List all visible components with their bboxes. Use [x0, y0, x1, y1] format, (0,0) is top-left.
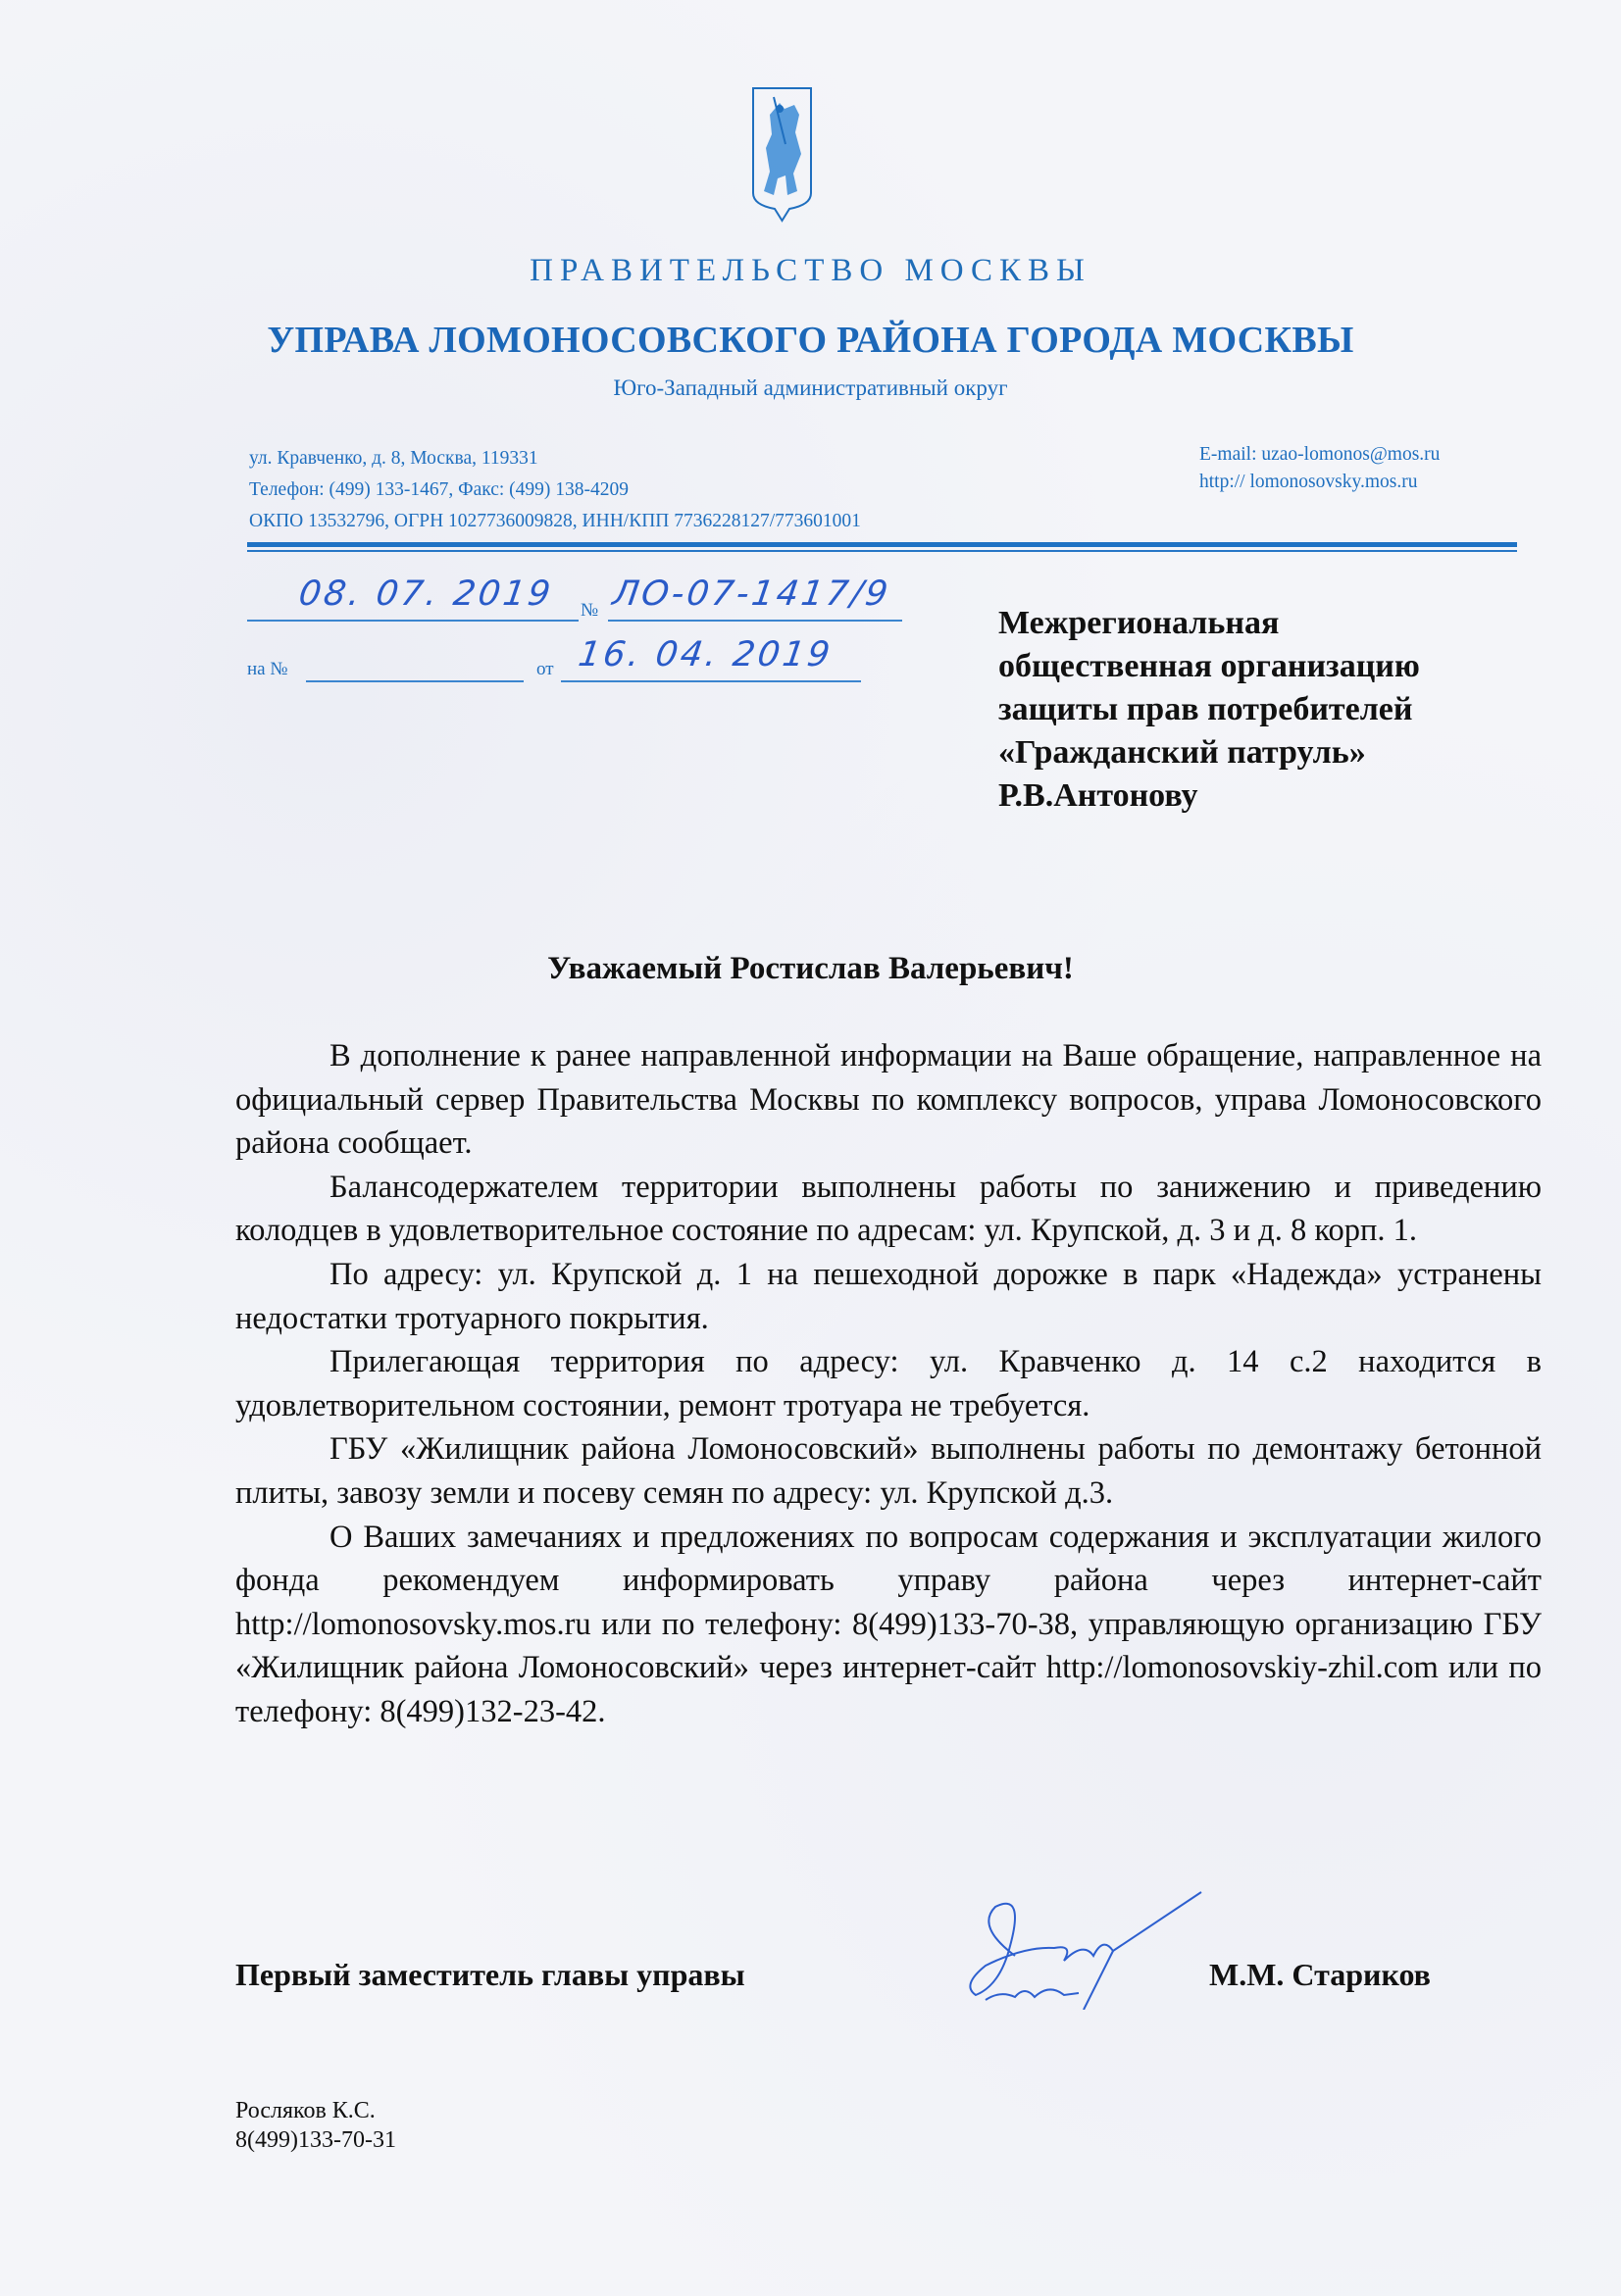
- executor-name: Росляков К.С.: [235, 2096, 396, 2125]
- body-paragraph: Балансодержателем территории выполнены р…: [235, 1166, 1542, 1253]
- letter-body: В дополнение к ранее направленной информ…: [235, 1034, 1542, 1734]
- body-paragraph: В дополнение к ранее направленной информ…: [235, 1034, 1542, 1166]
- org-email[interactable]: E-mail: uzao-lomonos@mos.ru: [1199, 441, 1440, 469]
- reply-to-underline: [306, 680, 524, 682]
- from-underline: [561, 680, 861, 682]
- letter-page: ПРАВИТЕЛЬСТВО МОСКВЫ УПРАВА ЛОМОНОСОВСКО…: [0, 0, 1621, 2296]
- recipient-block: Межрегиональная общественная организацию…: [998, 602, 1420, 818]
- outgoing-number: ЛО-07-1417/9: [610, 574, 892, 614]
- letterhead-divider: [247, 542, 1517, 547]
- incoming-date: 16. 04. 2019: [576, 635, 835, 674]
- signatory-name: М.М. Стариков: [1209, 1957, 1431, 1993]
- district-subtitle: Юго-Западный административный округ: [0, 375, 1621, 401]
- body-paragraph: Прилегающая территория по адресу: ул. Кр…: [235, 1340, 1542, 1427]
- recipient-line: «Гражданский патруль»: [998, 731, 1420, 774]
- moscow-coat-of-arms-icon: [750, 85, 814, 223]
- letterhead-online: E-mail: uzao-lomonos@mos.ru http:// lomo…: [1199, 441, 1440, 496]
- org-phone-fax: Телефон: (499) 133-1467, Факс: (499) 138…: [249, 474, 861, 506]
- org-codes: ОКПО 13532796, ОГРН 1027736009828, ИНН/К…: [249, 506, 861, 537]
- government-title: ПРАВИТЕЛЬСТВО МОСКВЫ: [0, 253, 1621, 289]
- org-website[interactable]: http:// lomonosovsky.mos.ru: [1199, 469, 1440, 496]
- handwritten-signature-icon: [956, 1887, 1221, 2010]
- salutation: Уважаемый Ростислав Валерьевич!: [0, 951, 1621, 987]
- number-underline: [608, 620, 902, 622]
- number-label: №: [581, 600, 598, 622]
- executor-phone: 8(499)133-70-31: [235, 2125, 396, 2155]
- executor-block: Росляков К.С. 8(499)133-70-31: [235, 2096, 396, 2155]
- org-address: ул. Кравченко, д. 8, Москва, 119331: [249, 443, 861, 474]
- outgoing-date: 08. 07. 2019: [296, 574, 555, 614]
- reply-to-label: на №: [247, 659, 287, 680]
- date-underline: [247, 620, 579, 622]
- letterhead-contacts: ул. Кравченко, д. 8, Москва, 119331 Теле…: [249, 443, 861, 537]
- body-paragraph: О Ваших замечаниях и предложениях по воп…: [235, 1516, 1542, 1734]
- from-label: от: [536, 659, 554, 680]
- recipient-line: защиты прав потребителей: [998, 688, 1420, 731]
- body-paragraph: По адресу: ул. Крупской д. 1 на пешеходн…: [235, 1253, 1542, 1340]
- recipient-name: Р.В.Антонову: [998, 774, 1420, 818]
- organization-title: УПРАВА ЛОМОНОСОВСКОГО РАЙОНА ГОРОДА МОСК…: [0, 319, 1621, 362]
- letterhead-divider-thin: [247, 550, 1517, 552]
- recipient-line: Межрегиональная: [998, 602, 1420, 645]
- body-paragraph: ГБУ «Жилищник района Ломоносовский» выпо…: [235, 1427, 1542, 1515]
- recipient-line: общественная организацию: [998, 645, 1420, 688]
- signatory-position: Первый заместитель главы управы: [235, 1957, 745, 1993]
